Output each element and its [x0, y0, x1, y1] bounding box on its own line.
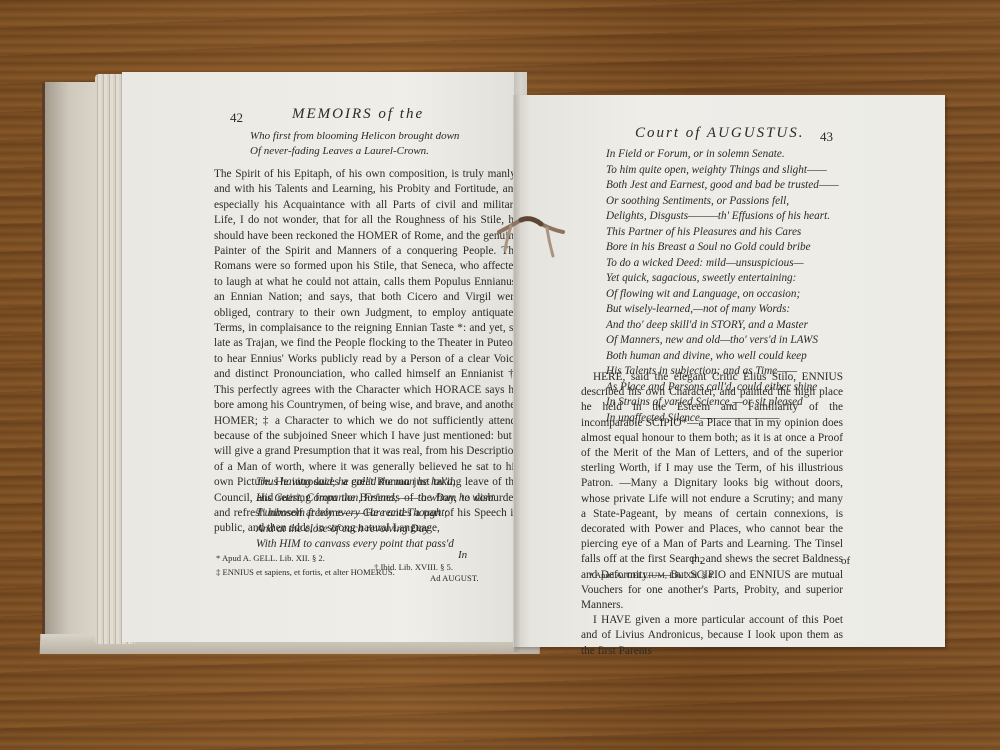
gutter-shadow — [514, 72, 520, 652]
right-page: Court of AUGUSTUS. 43 In Field or Forum,… — [513, 95, 945, 647]
left-footnote-4: Ad AUGUST. — [430, 572, 479, 584]
left-verse-bottom: Thus having said, he call'd the man he l… — [256, 475, 494, 553]
left-verse-top: Who first from blooming Helicon brought … — [250, 129, 459, 159]
right-catchword: of — [841, 555, 850, 567]
binding-string-icon — [497, 208, 567, 264]
left-footnote-3: ‡ ENNIUS et sapiens, et fortis, et alter… — [216, 566, 395, 578]
right-body-text: HERE, said the elegant Critic Elius Stil… — [581, 370, 843, 659]
right-footnote-1: * Apud A. GELLIUM, Lib. XII. § 4. — [589, 569, 715, 581]
left-page: 42 MEMOIRS of the Who first from bloomin… — [122, 72, 527, 642]
left-footnote-1: * Apud A. GELL. Lib. XII. § 2. — [216, 552, 325, 564]
right-running-head: Court of AUGUSTUS. — [635, 125, 805, 142]
left-page-number: 42 — [230, 110, 243, 126]
left-catchword: In — [458, 549, 467, 561]
right-page-number: 43 — [820, 129, 833, 145]
left-running-head: MEMOIRS of the — [292, 106, 424, 123]
right-signature: F 2 — [691, 555, 705, 567]
